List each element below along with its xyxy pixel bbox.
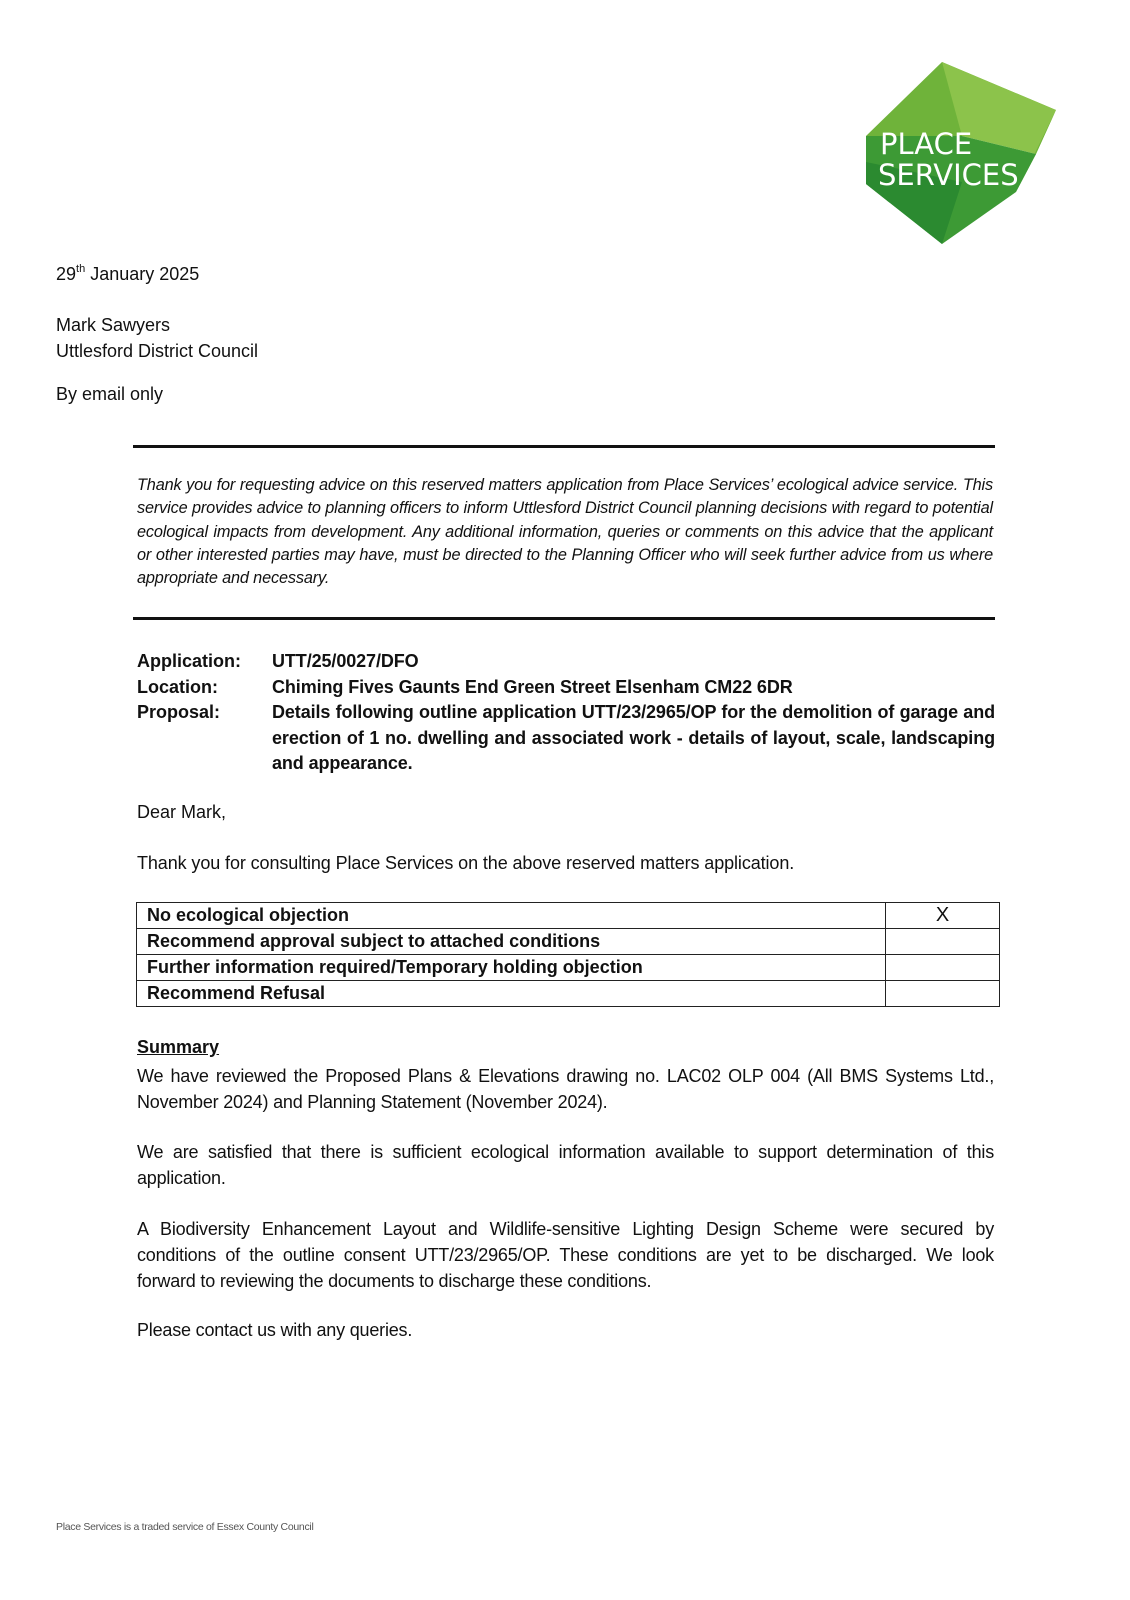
recommendation-table: No ecological objection X Recommend appr…	[136, 902, 1000, 1007]
summary-paragraph: We have reviewed the Proposed Plans & El…	[137, 1063, 994, 1115]
intro-disclaimer: Thank you for requesting advice on this …	[137, 474, 993, 590]
divider-bottom	[133, 617, 995, 620]
svg-text:SERVICES: SERVICES	[878, 158, 1019, 192]
recipient-block: Mark Sawyers Uttlesford District Council	[56, 312, 258, 364]
location-value: Chiming Fives Gaunts End Green Street El…	[272, 675, 995, 701]
summary-heading: Summary	[137, 1037, 219, 1058]
recommendation-mark	[886, 929, 1000, 955]
table-row: Recommend approval subject to attached c…	[137, 929, 1000, 955]
proposal-value: Details following outline application UT…	[272, 700, 995, 777]
recommendation-label: Recommend approval subject to attached c…	[137, 929, 886, 955]
summary-paragraph: We are satisfied that there is sufficien…	[137, 1139, 994, 1191]
hexagon-logo-icon: PLACE SERVICES	[866, 62, 1058, 248]
table-row: Further information required/Temporary h…	[137, 955, 1000, 981]
application-reference: UTT/25/0027/DFO	[272, 649, 995, 675]
location-label: Location:	[137, 675, 272, 701]
application-details: Application: UTT/25/0027/DFO Location: C…	[137, 649, 995, 777]
table-row: No ecological objection X	[137, 903, 1000, 929]
recommendation-mark: X	[886, 903, 1000, 929]
proposal-label: Proposal:	[137, 700, 272, 777]
application-label: Application:	[137, 649, 272, 675]
delivery-method: By email only	[56, 384, 163, 405]
recommendation-mark	[886, 955, 1000, 981]
salutation: Dear Mark,	[137, 802, 226, 823]
application-row: Application: UTT/25/0027/DFO	[137, 649, 995, 675]
recommendation-label: Further information required/Temporary h…	[137, 955, 886, 981]
recommendation-mark	[886, 981, 1000, 1007]
table-row: Recommend Refusal	[137, 981, 1000, 1007]
place-services-logo: PLACE SERVICES	[866, 62, 1058, 248]
summary-paragraph: A Biodiversity Enhancement Layout and Wi…	[137, 1216, 994, 1294]
recipient-name: Mark Sawyers	[56, 312, 258, 338]
divider-top	[133, 445, 995, 448]
location-row: Location: Chiming Fives Gaunts End Green…	[137, 675, 995, 701]
svg-text:PLACE: PLACE	[880, 127, 972, 161]
closing-line: Please contact us with any queries.	[137, 1317, 994, 1343]
recipient-organisation: Uttlesford District Council	[56, 338, 258, 364]
opening-line: Thank you for consulting Place Services …	[137, 853, 794, 874]
letter-date: 29th January 2025	[56, 263, 199, 285]
recommendation-label: Recommend Refusal	[137, 981, 886, 1007]
footer-note: Place Services is a traded service of Es…	[56, 1521, 313, 1533]
proposal-row: Proposal: Details following outline appl…	[137, 700, 995, 777]
recommendation-label: No ecological objection	[137, 903, 886, 929]
